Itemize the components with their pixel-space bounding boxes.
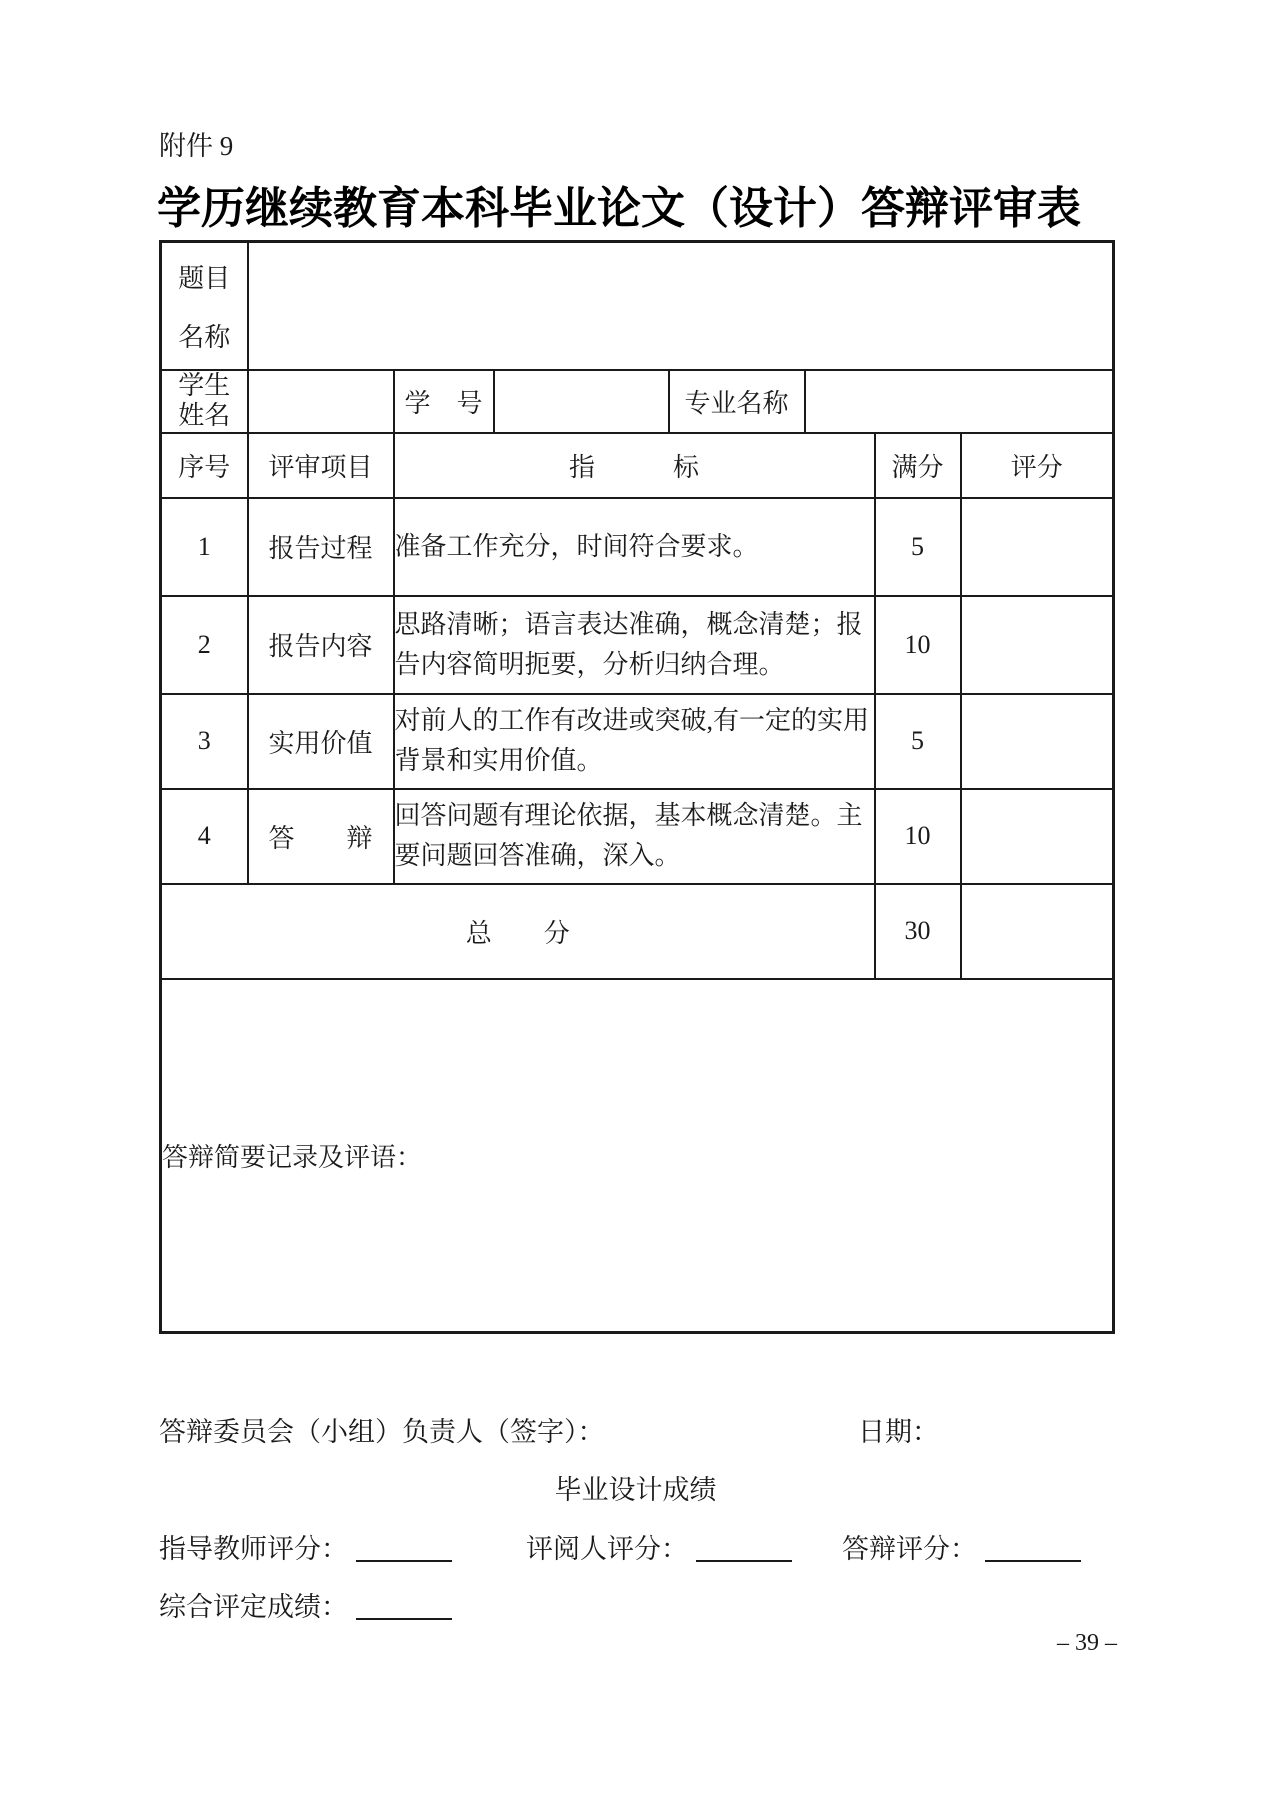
student-name-label: 学生 姓名	[161, 370, 248, 433]
row-item: 报告过程	[248, 498, 394, 596]
remarks-cell: 答辩简要记录及评语：	[161, 979, 1114, 1333]
row-indicator: 对前人的工作有改进或突破,有一定的实用背景和实用价值。	[394, 694, 875, 789]
date-line: 日期：	[858, 1410, 939, 1449]
topic-label-line2: 名称	[178, 306, 230, 365]
row-score-cell	[961, 498, 1114, 596]
row-index: 3	[161, 694, 248, 789]
student-id-label: 学 号	[394, 370, 494, 433]
defense-score-line: 答辩评分：	[842, 1527, 1081, 1566]
row-indicator: 准备工作充分，时间符合要求。	[394, 498, 875, 596]
row-score-cell	[961, 694, 1114, 789]
topic-name-label: 题目 名称	[161, 242, 248, 370]
overall-score-blank	[356, 1592, 452, 1620]
row-index: 1	[161, 498, 248, 596]
row-index: 4	[161, 789, 248, 884]
table-row: 4 答 辩 回答问题有理论依据，基本概念清楚。主要问题回答准确，深入。 10	[161, 789, 1114, 884]
advisor-score-label: 指导教师评分：	[159, 1534, 348, 1564]
row-index: 2	[161, 596, 248, 694]
total-score-cell	[961, 884, 1114, 979]
major-value-cell	[805, 370, 1114, 433]
row-max-score: 5	[875, 498, 961, 596]
major-label: 专业名称	[669, 370, 805, 433]
overall-score-line: 综合评定成绩：	[159, 1585, 452, 1624]
row-item: 报告内容	[248, 596, 394, 694]
reviewer-score-label: 评阅人评分：	[526, 1534, 688, 1564]
advisor-score-line: 指导教师评分：	[159, 1527, 452, 1566]
committee-sign-label: 答辩委员会（小组）负责人（签字）：	[159, 1417, 605, 1447]
total-row: 总 分 30	[161, 884, 1114, 979]
student-name-value-cell	[248, 370, 394, 433]
header-max-score: 满分	[875, 433, 961, 498]
row-indicator: 回答问题有理论依据，基本概念清楚。主要问题回答准确，深入。	[394, 789, 875, 884]
reviewer-score-line: 评阅人评分：	[526, 1527, 792, 1566]
attachment-label: 附件 9	[159, 124, 233, 163]
defense-score-label: 答辩评分：	[842, 1534, 977, 1564]
header-index: 序号	[161, 433, 248, 498]
date-label: 日期：	[858, 1417, 939, 1447]
table-row: 2 报告内容 思路清晰；语言表达准确，概念清楚；报告内容简明扼要，分析归纳合理。…	[161, 596, 1114, 694]
overall-score-label: 综合评定成绩：	[159, 1592, 348, 1622]
header-item: 评审项目	[248, 433, 394, 498]
student-label-line1: 学生	[178, 371, 230, 402]
page-number: – 39 –	[1017, 1630, 1117, 1657]
total-label: 总 分	[161, 884, 875, 979]
row-item: 实用价值	[248, 694, 394, 789]
row-score-cell	[961, 596, 1114, 694]
row-max-score: 10	[875, 789, 961, 884]
defense-score-blank	[985, 1534, 1081, 1562]
table-row: 1 报告过程 准备工作充分，时间符合要求。 5	[161, 498, 1114, 596]
reviewer-score-blank	[696, 1534, 792, 1562]
row-item: 答 辩	[248, 789, 394, 884]
student-label-line2: 姓名	[178, 401, 230, 432]
total-max-score: 30	[875, 884, 961, 979]
table-row: 3 实用价值 对前人的工作有改进或突破,有一定的实用背景和实用价值。 5	[161, 694, 1114, 789]
row-max-score: 5	[875, 694, 961, 789]
topic-name-value-cell	[248, 242, 1114, 370]
row-score-cell	[961, 789, 1114, 884]
remarks-row: 答辩简要记录及评语：	[161, 979, 1114, 1333]
page-title: 学历继续教育本科毕业论文（设计）答辩评审表	[157, 172, 1117, 236]
topic-row: 题目 名称	[161, 242, 1114, 370]
evaluation-table: 题目 名称 学生 姓名 学 号 专业名称 序号 评审项目 指 标 满	[159, 240, 1115, 1334]
row-max-score: 10	[875, 596, 961, 694]
row-indicator: 思路清晰；语言表达准确，概念清楚；报告内容简明扼要，分析归纳合理。	[394, 596, 875, 694]
topic-label-line1: 题目	[178, 247, 230, 306]
committee-sign-line: 答辩委员会（小组）负责人（签字）：	[159, 1410, 605, 1449]
header-indicator: 指 标	[394, 433, 875, 498]
document-page: 附件 9 学历继续教育本科毕业论文（设计）答辩评审表 题目 名称 学生 姓名	[0, 0, 1272, 1800]
grade-section-title: 毕业设计成绩	[159, 1468, 1112, 1507]
header-row: 序号 评审项目 指 标 满分 评分	[161, 433, 1114, 498]
header-score: 评分	[961, 433, 1114, 498]
student-row: 学生 姓名 学 号 专业名称	[161, 370, 1114, 433]
student-id-value-cell	[494, 370, 669, 433]
advisor-score-blank	[356, 1534, 452, 1562]
